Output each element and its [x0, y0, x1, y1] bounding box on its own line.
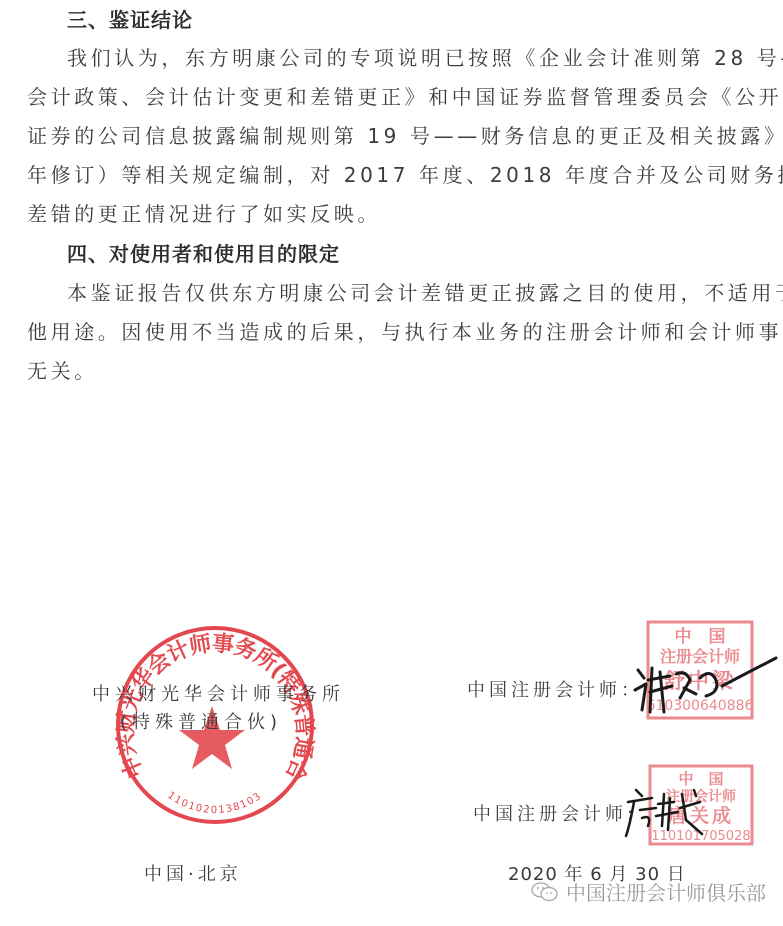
paragraph-usage-restriction: 本鉴证报告仅供东方明康公司会计差错更正披露之目的使用，不适用于其 他用途。因使用…: [27, 274, 727, 391]
section-heading-conclusion: 三、鉴证结论: [67, 8, 193, 32]
cpa-label-2: 中国注册会计师:: [473, 800, 637, 826]
watermark-text: 中国注册会计师俱乐部: [566, 877, 766, 906]
handwritten-signature-1: [630, 650, 780, 720]
text-line: 年修订）等相关规定编制，对 2017 年度、2018 年度合并及公司财务报表会计: [27, 156, 727, 195]
wechat-icon: [530, 881, 560, 903]
handwritten-signature-2: [622, 780, 722, 840]
text-line: 会计政策、会计估计变更和差错更正》和中国证券监督管理委员会《公开发行: [27, 78, 727, 117]
seal-country: 中 国: [675, 626, 726, 647]
seal-number: 1101020138103: [165, 790, 264, 816]
svg-text:1101020138103: 1101020138103: [165, 790, 264, 816]
document-page: 三、鉴证结论 我们认为，东方明康公司的专项说明已按照《企业会计准则第 28 号—…: [0, 0, 783, 926]
location: 中国·北京: [144, 860, 242, 886]
text-line: 差错的更正情况进行了如实反映。: [27, 195, 727, 234]
section-heading-usage-restriction: 四、对使用者和使用目的限定: [67, 242, 340, 266]
firm-name: 中兴财光华会计师事务所: [92, 680, 345, 706]
text-line: 证券的公司信息披露编制规则第 19 号——财务信息的更正及相关披露》（2018: [27, 117, 727, 156]
text-line: 他用途。因使用不当造成的后果，与执行本业务的注册会计师和会计师事务所: [27, 313, 727, 352]
text-line: 我们认为，东方明康公司的专项说明已按照《企业会计准则第 28 号——: [27, 39, 727, 78]
text-line: 本鉴证报告仅供东方明康公司会计差错更正披露之目的使用，不适用于其: [27, 274, 727, 313]
wechat-watermark: 中国注册会计师俱乐部: [530, 877, 766, 906]
text-line: 无关。: [27, 352, 727, 391]
firm-type: (特殊普通合伙): [120, 708, 282, 734]
cpa-label-1: 中国注册会计师：: [467, 676, 643, 702]
paragraph-conclusion: 我们认为，东方明康公司的专项说明已按照《企业会计准则第 28 号—— 会计政策、…: [27, 39, 727, 234]
